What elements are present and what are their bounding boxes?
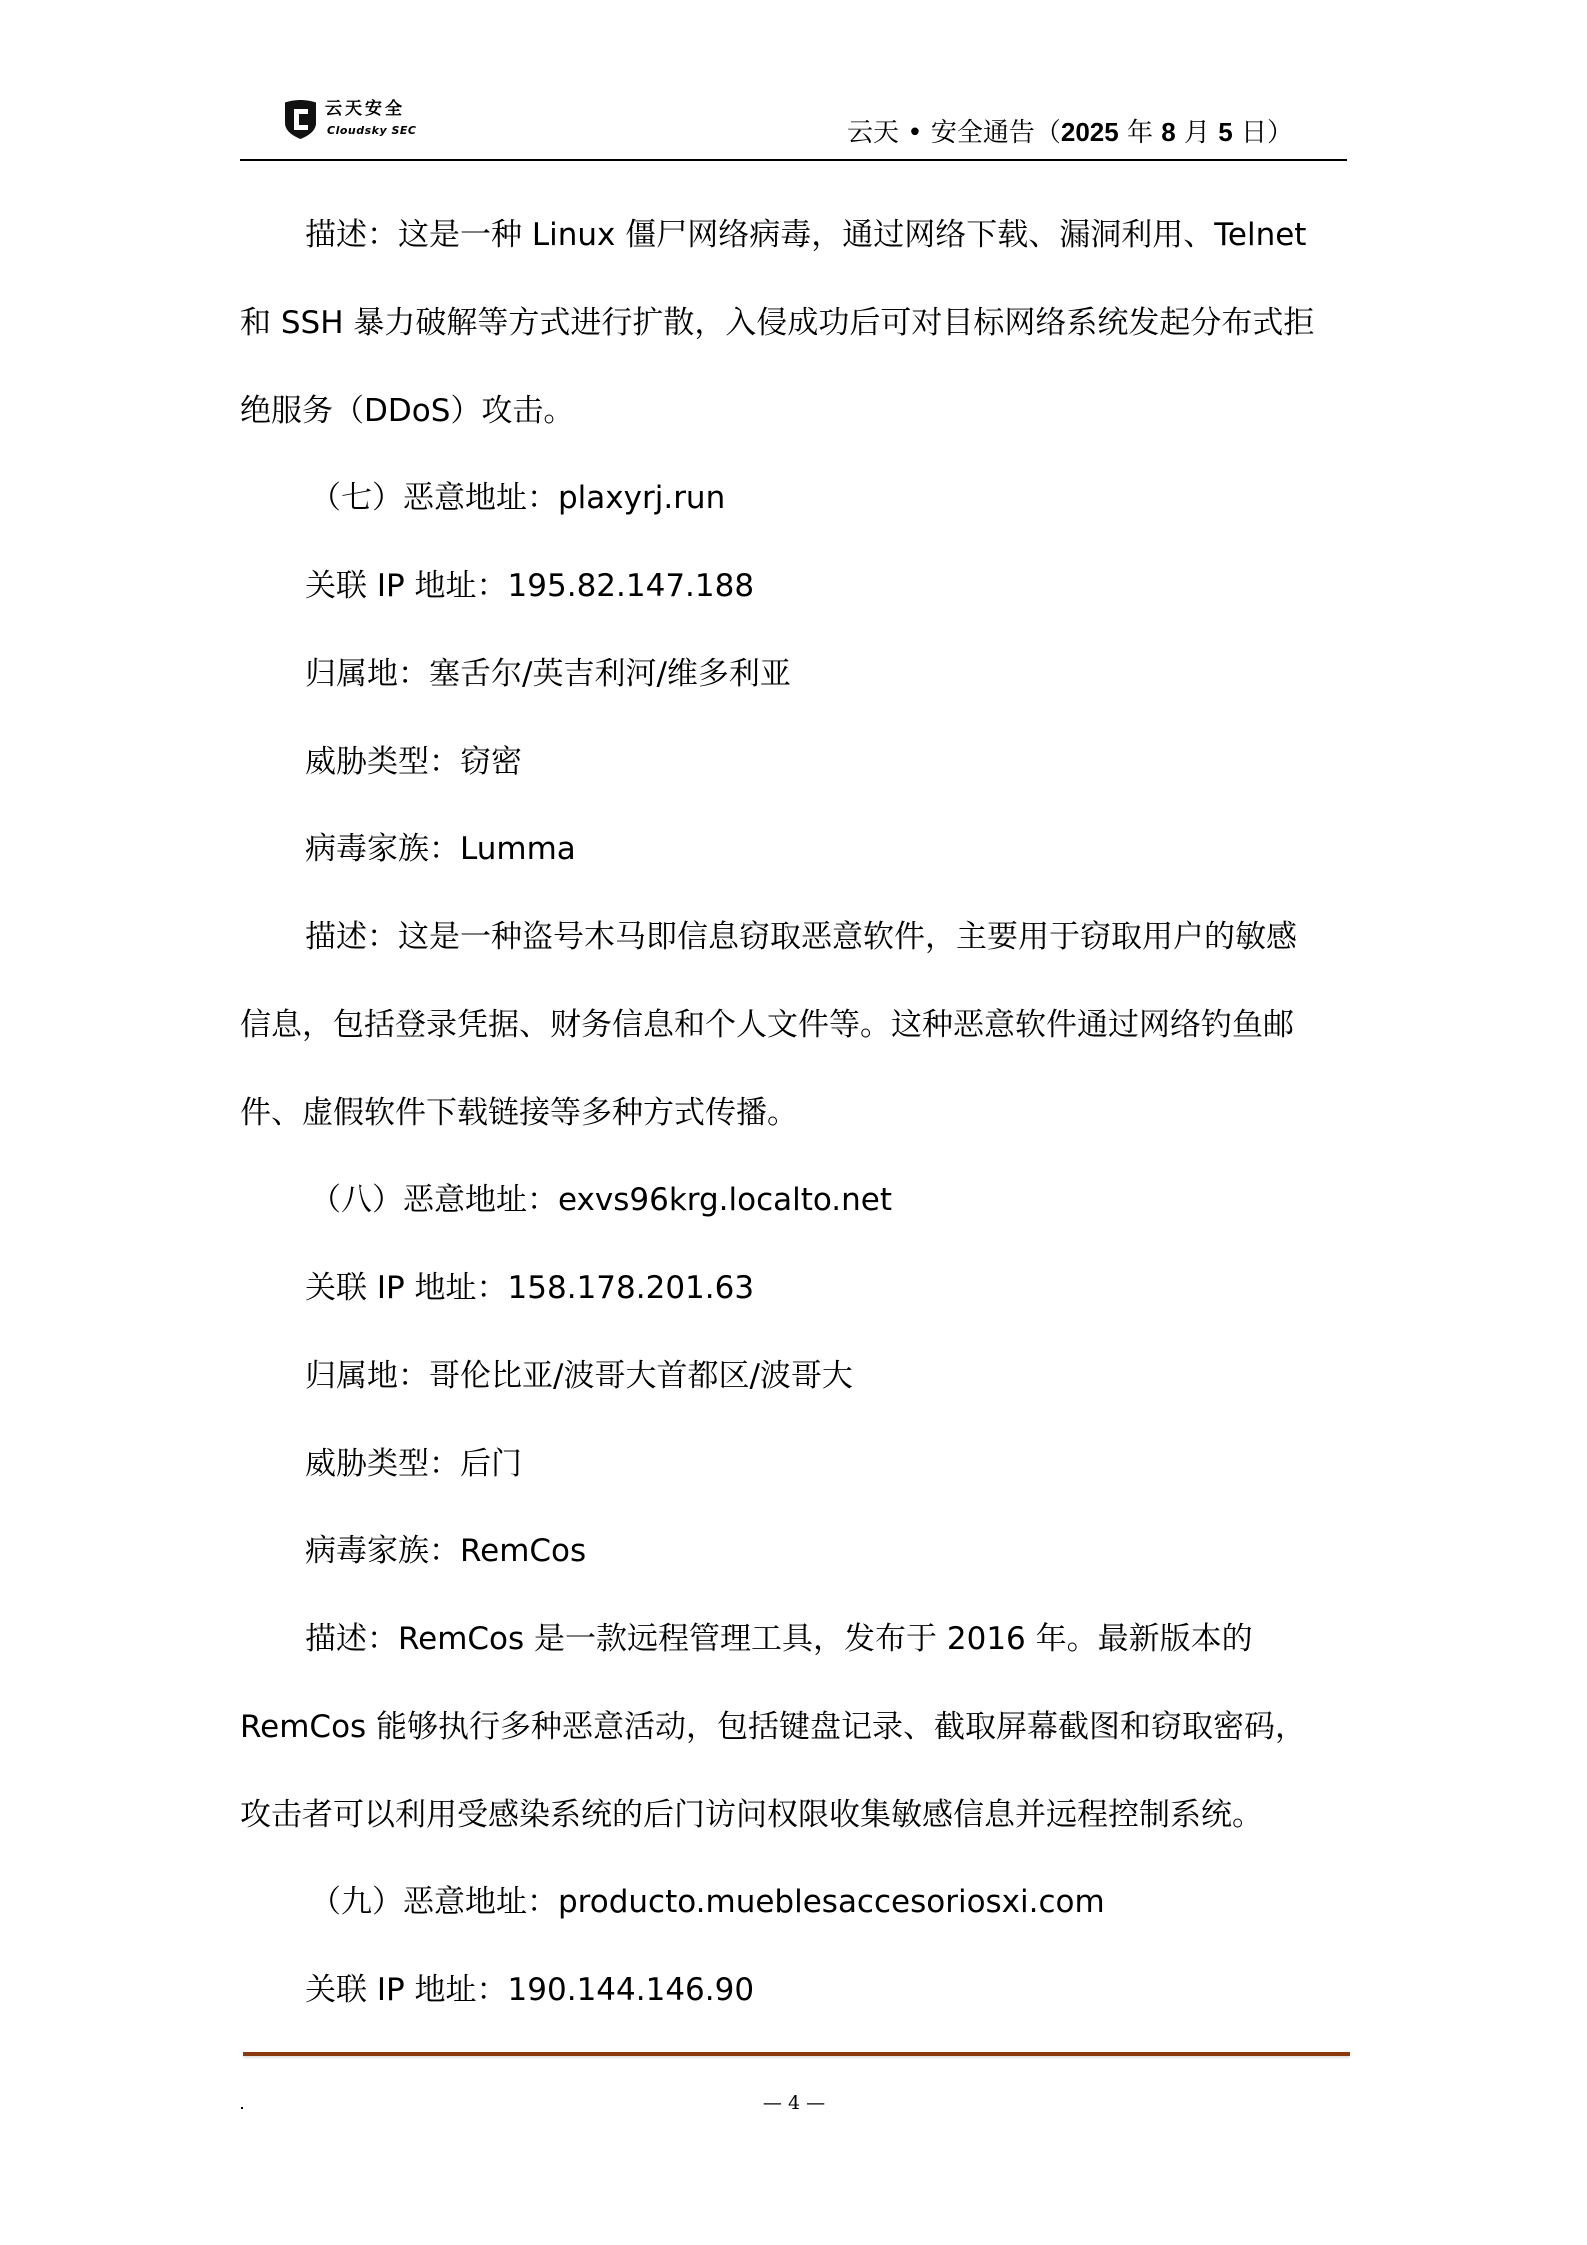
title-prefix: 云天 • 安全通告（ [847,118,1061,148]
title-year: 2025 [1061,117,1119,147]
description-line: 绝服务（DDoS）攻击。 [240,367,1332,455]
entry-heading-9: （九）恶意地址：producto.mueblesaccesoriosxi.com [240,1858,1332,1946]
entry-description-8: 攻击者可以利用受感染系统的后门访问权限收集敏感信息并远程控制系统。 [240,1771,1332,1859]
entry-description-8: 描述：RemCos 是一款远程管理工具，发布于 2016 年。最新版本的 [240,1595,1332,1683]
entry-description-8: RemCos 能够执行多种恶意活动，包括键盘记录、截取屏幕截图和窃取密码， [240,1683,1332,1771]
title-day: 5 [1218,117,1232,147]
entry-family-7: 病毒家族：Lumma [240,805,1332,893]
header-logo: 云天安全 Cloudsky SEC [283,98,423,142]
logo-name-en: Cloudsky SEC [327,125,416,137]
entry-threat-type-7: 威胁类型：窃密 [240,718,1332,806]
entry-description-7: 件、虚假软件下载链接等多种方式传播。 [240,1069,1332,1157]
description-line: 描述：这是一种 Linux 僵尸网络病毒，通过网络下载、漏洞利用、Telnet [240,191,1332,279]
logo-name-cn: 云天安全 [325,100,405,118]
title-suffix: 日） [1233,118,1293,148]
title-year-unit: 年 [1119,118,1162,148]
entry-heading-7: （七）恶意地址：plaxyrj.run [240,454,1332,542]
entry-ip-9: 关联 IP 地址：190.144.146.90 [240,1946,1332,2034]
footer-dot [241,2107,243,2109]
entry-description-7: 信息，包括登录凭据、财务信息和个人文件等。这种恶意软件通过网络钓鱼邮 [240,981,1332,1069]
entry-threat-type-8: 威胁类型：后门 [240,1420,1332,1508]
header-divider [240,159,1347,161]
entry-family-8: 病毒家族：RemCos [240,1507,1332,1595]
entry-description-7: 描述：这是一种盗号木马即信息窃取恶意软件，主要用于窃取用户的敏感 [240,893,1332,981]
entry-location-7: 归属地：塞舌尔/英吉利河/维多利亚 [240,630,1332,718]
title-month-unit: 月 [1176,118,1219,148]
document-body: 描述：这是一种 Linux 僵尸网络病毒，通过网络下载、漏洞利用、Telnet … [240,191,1332,2034]
entry-location-8: 归属地：哥伦比亚/波哥大首都区/波哥大 [240,1332,1332,1420]
entry-ip-8: 关联 IP 地址：158.178.201.63 [240,1244,1332,1332]
shield-c-logo-icon [283,99,318,140]
footer-divider [243,2052,1350,2056]
entry-heading-8: （八）恶意地址：exvs96krg.localto.net [240,1156,1332,1244]
page-number: — 4 — [744,2090,844,2116]
title-month: 8 [1161,117,1175,147]
entry-ip-7: 关联 IP 地址：195.82.147.188 [240,542,1332,630]
bulletin-title: 云天 • 安全通告（2025 年 8 月 5 日） [843,114,1293,150]
description-line: 和 SSH 暴力破解等方式进行扩散，入侵成功后可对目标网络系统发起分布式拒 [240,279,1332,367]
